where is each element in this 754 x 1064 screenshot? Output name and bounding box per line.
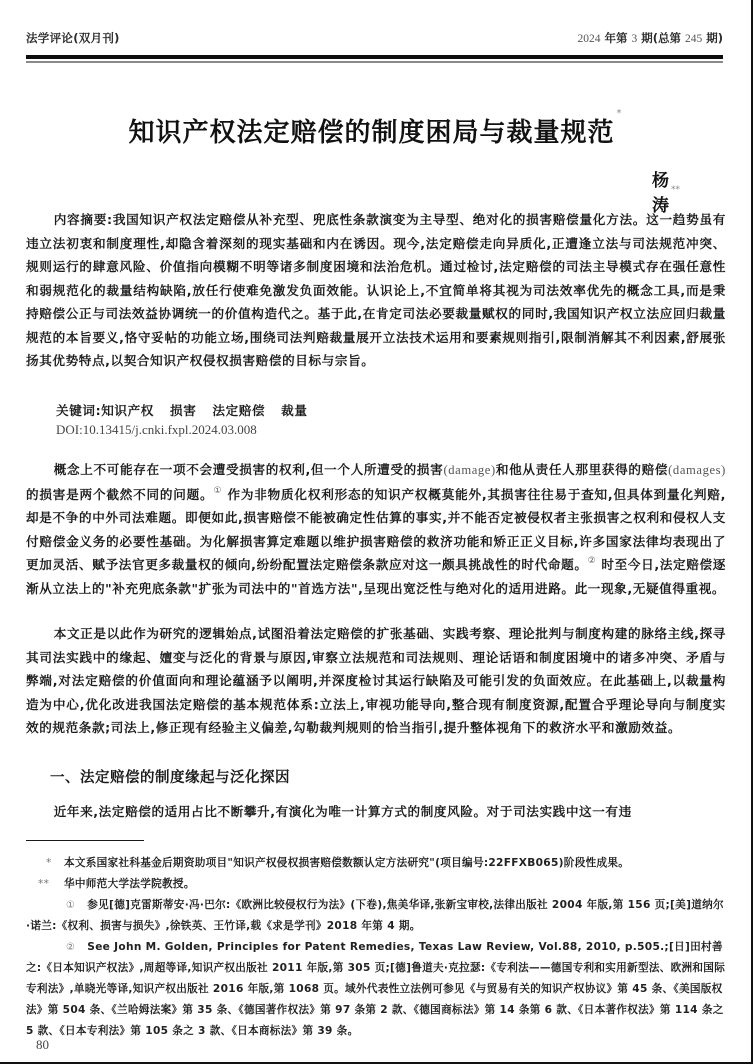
doi[interactable]: DOI:10.13415/j.cnki.fxpl.2024.03.008 [56, 422, 257, 438]
footnote-ref-2[interactable]: ② [588, 556, 597, 566]
issue-info: 2024 年第 3 期(总第 245 期) [577, 30, 723, 46]
article-title: 知识产权法定赔偿的制度困局与裁量规范* [0, 112, 751, 149]
section-heading: 一、法定赔偿的制度缘起与泛化探因 [50, 766, 290, 787]
journal-name: 法学评论(双月刊) [26, 30, 120, 46]
author-footnote-mark[interactable]: ** [671, 185, 680, 195]
abstract: 内容摘要:我国知识产权法定赔偿从补充型、兜底性条款演变为主导型、绝对化的损害赔偿… [26, 208, 726, 373]
header-rule-thick [26, 55, 723, 59]
keywords-label: 关键词: [56, 403, 101, 418]
body-paragraph-1: 概念上不可能存在一项不会遭受损害的权利,但一个人所遭受的损害(damage)和他… [26, 458, 726, 600]
footnote-mark: ** [38, 874, 64, 895]
keyword: 损害 [170, 403, 196, 418]
footnote-2: ②See John M. Golden, Principles for Pate… [26, 937, 726, 1042]
footnotes: *本文系国家社科基金后期资助项目"知识产权侵权损害赔偿数额认定方法研究"(项目编… [26, 853, 726, 1042]
footnote-star: *本文系国家社科基金后期资助项目"知识产权侵权损害赔偿数额认定方法研究"(项目编… [26, 853, 726, 874]
footnote-divider [26, 840, 144, 841]
footnote-ref-1[interactable]: ① [213, 486, 222, 496]
abstract-label: 内容摘要: [54, 212, 113, 227]
footnote-1: ①参见[德]克雷斯蒂安·冯·巴尔:《欧洲比较侵权行为法》(下卷),焦美华译,张新… [26, 895, 726, 937]
page-number: 80 [36, 1037, 49, 1053]
keywords: 关键词:知识产权损害法定赔偿裁量 [56, 400, 324, 419]
journal-page: 法学评论(双月刊) 2024 年第 3 期(总第 245 期) 知识产权法定赔偿… [0, 0, 753, 1064]
body-paragraph-3: 近年来,法定赔偿的适用占比不断攀升,有演化为唯一计算方式的制度风险。对于司法实践… [26, 800, 726, 824]
footnote-mark: ① [46, 895, 75, 916]
title-footnote-mark[interactable]: * [617, 108, 623, 119]
keyword: 裁量 [281, 403, 307, 418]
header-rule-thin [26, 61, 723, 63]
footnote-double-star: **华中师范大学法学院教授。 [26, 874, 726, 895]
abstract-text: 我国知识产权法定赔偿从补充型、兜底性条款演变为主导型、绝对化的损害赔偿量化方法。… [26, 212, 726, 368]
body-paragraph-2: 本文正是以此作为研究的逻辑始点,试图沿着法定赔偿的扩张基础、实践考察、理论批判与… [26, 622, 726, 740]
footnote-mark: * [46, 853, 64, 874]
running-head: 法学评论(双月刊) 2024 年第 3 期(总第 245 期) [26, 30, 723, 50]
keyword: 法定赔偿 [212, 403, 265, 418]
keyword: 知识产权 [101, 403, 154, 418]
footnote-mark: ② [46, 937, 75, 958]
